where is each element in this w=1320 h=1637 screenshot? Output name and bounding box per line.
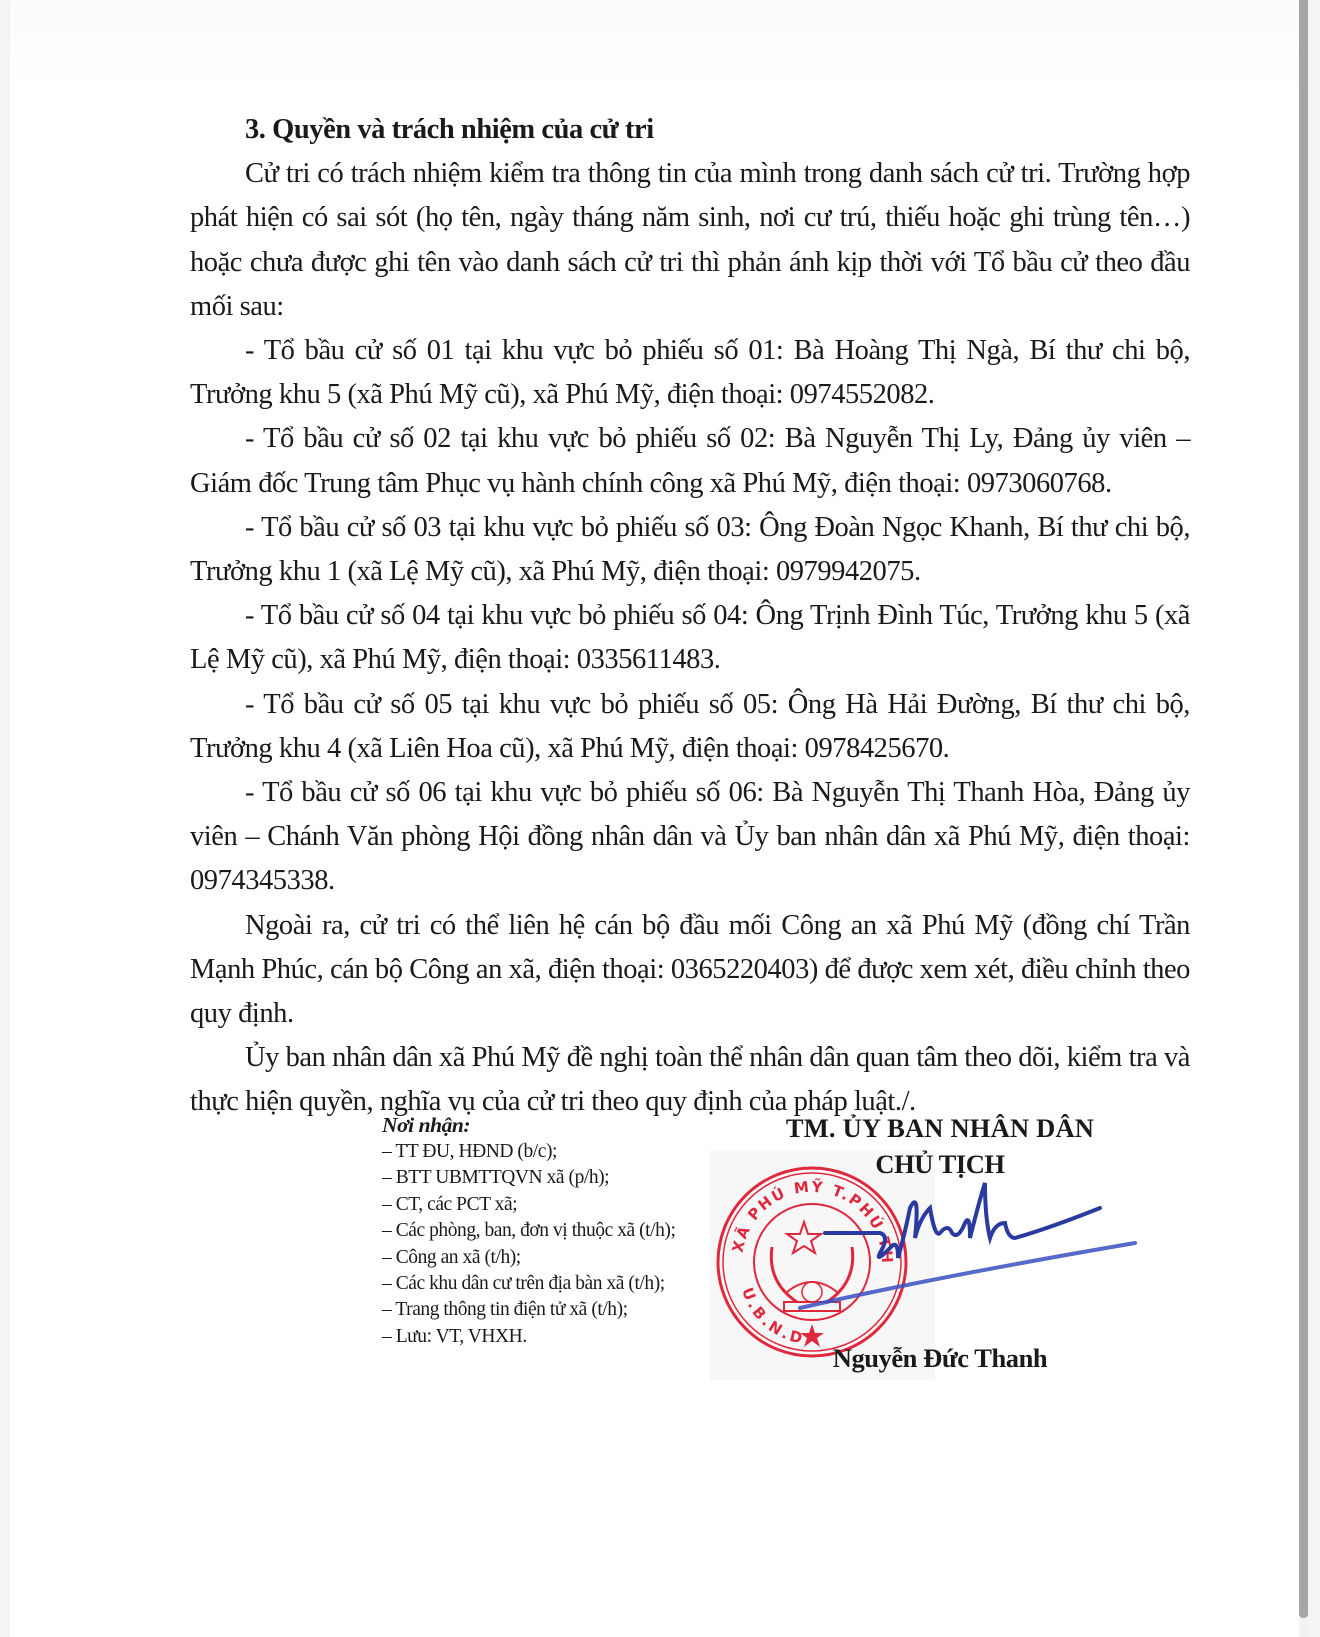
contact-item-04: - Tổ bầu cử số 04 tại khu vực bỏ phiếu s… <box>190 594 1190 682</box>
signer-name: Nguyễn Đức Thanh <box>750 1340 1130 1376</box>
contact-item-03: - Tổ bầu cử số 03 tại khu vực bỏ phiếu s… <box>190 506 1190 594</box>
contact-item-05: - Tổ bầu cử số 05 tại khu vực bỏ phiếu s… <box>190 683 1190 771</box>
signature-icon <box>780 1178 1140 1338</box>
police-contact-paragraph: Ngoài ra, cử tri có thể liên hệ cán bộ đ… <box>190 904 1190 1037</box>
section-heading: 3. Quyền và trách nhiệm của cử tri <box>190 108 1190 152</box>
signature-organization: TM. ỦY BAN NHÂN DÂN <box>750 1108 1130 1148</box>
contact-item-06: - Tổ bầu cử số 06 tại khu vực bỏ phiếu s… <box>190 771 1190 904</box>
scrollbar-thumb[interactable] <box>1299 0 1308 1618</box>
document-viewer: 3. Quyền và trách nhiệm của cử tri Cử tr… <box>0 0 1320 1637</box>
vertical-scrollbar[interactable] <box>1299 0 1308 1637</box>
intro-paragraph: Cử tri có trách nhiệm kiểm tra thông tin… <box>190 152 1190 329</box>
page-top-shade <box>10 0 1300 90</box>
contact-item-02: - Tổ bầu cử số 02 tại khu vực bỏ phiếu s… <box>190 417 1190 505</box>
document-body: 3. Quyền và trách nhiệm của cử tri Cử tr… <box>190 108 1190 1125</box>
contact-item-01: - Tổ bầu cử số 01 tại khu vực bỏ phiếu s… <box>190 329 1190 417</box>
signature-position: CHỦ TỊCH <box>750 1148 1130 1180</box>
